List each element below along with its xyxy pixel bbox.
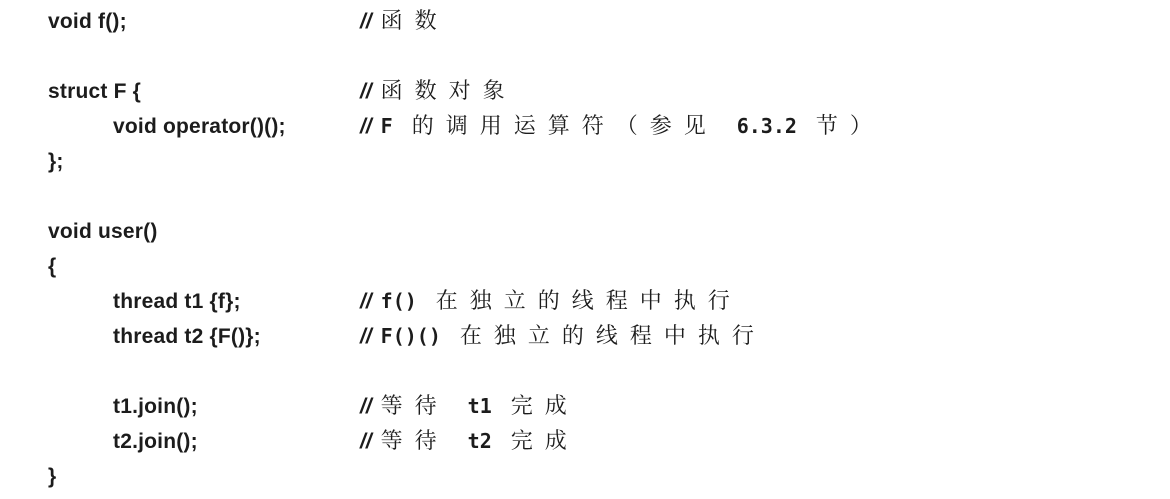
code-text: struct F { xyxy=(48,74,141,109)
comment: //等待 t2 完成 xyxy=(360,424,579,461)
code-line: { xyxy=(0,249,1170,284)
code-line: void operator()();//F 的调用运算符（参见 6.3.2 节） xyxy=(0,109,1170,144)
comment-cjk-text: 函数 xyxy=(381,9,449,34)
code-line: t1.join();//等待 t1 完成 xyxy=(0,389,1170,424)
comment-marker: // xyxy=(360,430,372,453)
comment-marker: // xyxy=(360,290,372,313)
blank-line xyxy=(0,179,1170,214)
comment-marker: // xyxy=(360,80,372,103)
comment: //F()() 在独立的线程中执行 xyxy=(360,319,766,356)
comment-code-text: t2 xyxy=(468,429,492,453)
comment: //函数 xyxy=(360,4,449,41)
code-line: t2.join();//等待 t2 完成 xyxy=(0,424,1170,459)
code-text: thread t2 {F()}; xyxy=(113,319,261,354)
code-line: }; xyxy=(0,144,1170,179)
comment-cjk-text: 在独立的线程中执行 xyxy=(417,289,742,314)
code-line: thread t2 {F()};//F()() 在独立的线程中执行 xyxy=(0,319,1170,354)
comment-code-text: 6.3.2 xyxy=(737,114,797,138)
comment-marker: // xyxy=(360,325,372,348)
comment-code-text: f() xyxy=(381,289,417,313)
blank-line xyxy=(0,39,1170,74)
code-line: void f();//函数 xyxy=(0,4,1170,39)
comment-cjk-text: 等待 xyxy=(381,394,468,419)
blank-line xyxy=(0,354,1170,389)
comment: //f() 在独立的线程中执行 xyxy=(360,284,742,321)
comment-cjk-text: 节） xyxy=(797,114,884,139)
comment-cjk-text: 的调用运算符（参见 xyxy=(393,114,737,139)
comment-code-text: F xyxy=(381,114,393,138)
code-listing: void f();//函数struct F {//函数对象void operat… xyxy=(0,4,1170,494)
code-text: void f(); xyxy=(48,4,127,39)
code-text: }; xyxy=(48,144,64,179)
comment-cjk-text: 完成 xyxy=(492,394,579,419)
code-line: thread t1 {f};//f() 在独立的线程中执行 xyxy=(0,284,1170,319)
code-text: void user() xyxy=(48,214,158,249)
comment: //函数对象 xyxy=(360,74,517,111)
comment-code-text: F()() xyxy=(381,324,441,348)
code-text: } xyxy=(48,459,56,494)
code-text: { xyxy=(48,249,56,284)
code-line: struct F {//函数对象 xyxy=(0,74,1170,109)
code-text: t2.join(); xyxy=(113,424,198,459)
code-line: void user() xyxy=(0,214,1170,249)
comment-cjk-text: 完成 xyxy=(492,429,579,454)
comment-marker: // xyxy=(360,10,372,33)
code-text: t1.join(); xyxy=(113,389,198,424)
comment-marker: // xyxy=(360,115,372,138)
comment: //F 的调用运算符（参见 6.3.2 节） xyxy=(360,109,884,146)
comment: //等待 t1 完成 xyxy=(360,389,579,426)
comment-cjk-text: 等待 xyxy=(381,429,468,454)
code-text: void operator()(); xyxy=(113,109,286,144)
code-text: thread t1 {f}; xyxy=(113,284,241,319)
comment-cjk-text: 在独立的线程中执行 xyxy=(441,324,766,349)
comment-code-text: t1 xyxy=(468,394,492,418)
code-line: } xyxy=(0,459,1170,494)
comment-marker: // xyxy=(360,395,372,418)
comment-cjk-text: 函数对象 xyxy=(381,79,517,104)
